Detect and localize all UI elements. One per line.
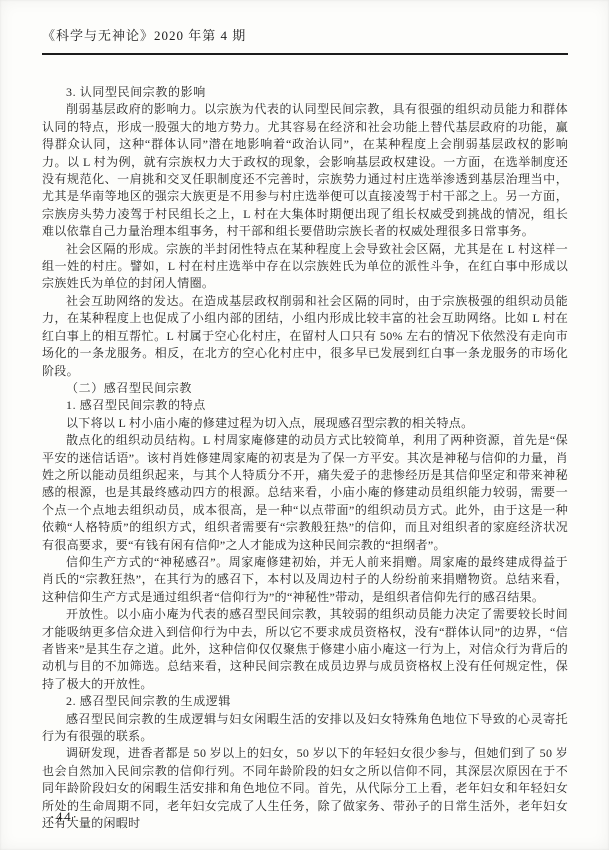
- body-paragraph: 削弱基层政府的影响力。以宗族为代表的认同型民间宗教，具有很强的组织动员能力和群体…: [42, 101, 568, 240]
- body-paragraph: 社会区隔的形成。宗族的半封闭性特点在某种程度上会导致社会区隔，尤其是在 L 村这…: [42, 241, 568, 293]
- body-paragraph: 感召型民间宗教的生成逻辑与妇女闲暇生活的安排以及妇女特殊角色地位下导致的心灵寄托…: [42, 711, 568, 746]
- body-paragraph: 信仰生产方式的“神秘感召”。周家庵修建初始，并无人前来捐赠。周家庵的最终建成得益…: [42, 554, 568, 606]
- body-paragraph: 以下将以 L 村小庙小庵的修建过程为切入点，展现感召型宗教的相关特点。: [42, 415, 568, 432]
- header-divider-rule: [42, 53, 568, 55]
- body-paragraph: 调研发现，进香者都是 50 岁以上的妇女，50 岁以下的年轻妇女很少参与，但她们…: [42, 745, 568, 832]
- journal-page: 《科学与无神论》2020 年第 4 期 3. 认同型民间宗教的影响 削弱基层政府…: [0, 0, 609, 850]
- body-paragraph: 社会互助网络的发达。在造成基层政权削弱和社会区隔的同时，由于宗族极强的组织动员能…: [42, 293, 568, 380]
- section-heading: 1. 感召型民间宗教的特点: [42, 397, 568, 414]
- body-paragraph: 开放性。以小庙小庵为代表的感召型民间宗教，其较弱的组织动员能力决定了需要较长时间…: [42, 606, 568, 693]
- journal-title: 《科学与无神论》2020 年第 4 期: [42, 25, 568, 44]
- body-paragraph: 散点化的组织动员结构。L 村周家庵修建的动员方式比较简单，利用了两种资源，首先是…: [42, 432, 568, 554]
- section-heading: （二）感召型民间宗教: [42, 380, 568, 397]
- page-number: ·44·: [50, 810, 79, 825]
- section-heading: 3. 认同型民间宗教的影响: [42, 84, 568, 101]
- section-heading: 2. 感召型民间宗教的生成逻辑: [42, 693, 568, 710]
- article-body: 3. 认同型民间宗教的影响 削弱基层政府的影响力。以宗族为代表的认同型民间宗教，…: [42, 84, 568, 832]
